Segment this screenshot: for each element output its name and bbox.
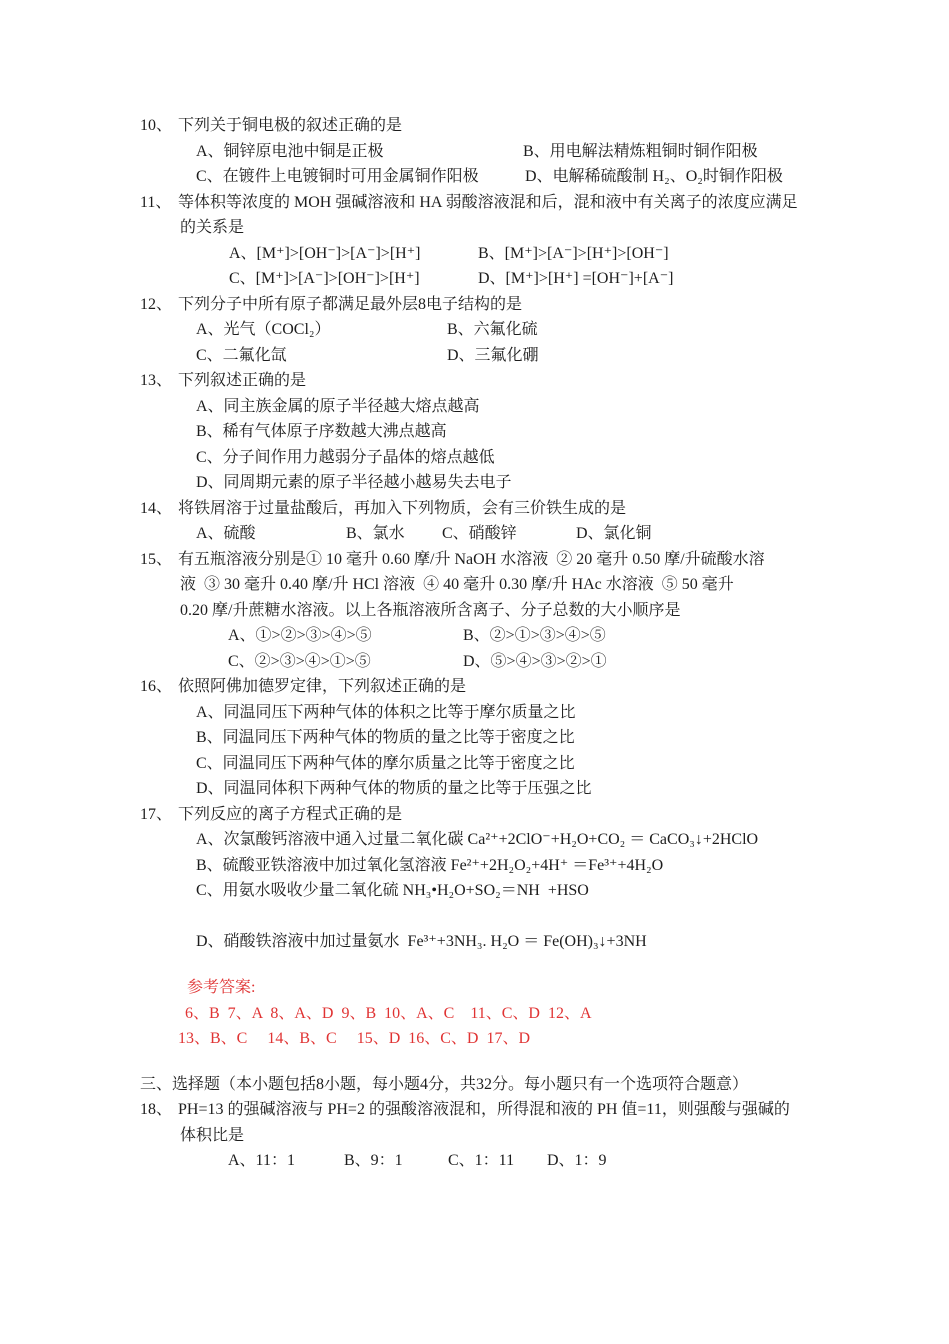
question-10: 10、下列关于铜电极的叙述正确的是 A、铜锌原电池中铜是正极 B、用电解法精炼粗…: [140, 113, 819, 190]
options-row: C、二氟化氙 D、三氟化硼: [140, 343, 819, 369]
question-stem-line: 11、等体积等浓度的 MOH 强碱溶液和 HA 弱酸溶液混和后，混和液中有关离子…: [140, 190, 819, 216]
answer-key-heading-line: 参考答案:: [140, 975, 819, 1001]
options-row: B、硫酸亚铁溶液中加过氧化氢溶液 Fe²⁺+2H₂O₂+4H⁺ ＝Fe³⁺+4H…: [140, 853, 819, 879]
option-b: B、9：1: [344, 1148, 403, 1174]
option-c: C、二氟化氙: [196, 343, 287, 369]
question-14: 14、将铁屑溶于过量盐酸后，再加入下列物质，会有三价铁生成的是 A、硫酸 B、氯…: [140, 496, 819, 547]
question-stem: 下列关于铜电极的叙述正确的是: [178, 117, 402, 134]
option-a: A、铜锌原电池中铜是正极: [196, 139, 384, 165]
options-row: A、同主族金属的原子半径越大熔点越高: [140, 394, 819, 420]
option-b: B、六氟化硫: [447, 317, 538, 343]
option-b: B、硫酸亚铁溶液中加过氧化氢溶液 Fe²⁺+2H₂O₂+4H⁺ ＝Fe³⁺+4H…: [196, 853, 663, 879]
question-stem-line: 13、下列叙述正确的是: [140, 368, 819, 394]
question-number: 10、: [140, 113, 178, 139]
options-row: A、次氯酸钙溶液中通入过量二氧化碳 Ca²⁺+2ClO⁻+H₂O+CO₂ ＝ C…: [140, 827, 819, 853]
options-row: C、用氨水吸收少量二氧化硫 NH₃•H₂O+SO₂＝NH +HSO: [140, 878, 819, 904]
option-d: D、电解稀硫酸制 H₂、O₂时铜作阳极: [525, 164, 783, 190]
option-a: A、11：1: [228, 1148, 295, 1174]
question-stem: 下列反应的离子方程式正确的是: [178, 806, 402, 823]
options-row: B、同温同压下两种气体的物质的量之比等于密度之比: [140, 725, 819, 751]
options-row: D、同周期元素的原子半径越小越易失去电子: [140, 470, 819, 496]
question-18: 18、PH=13 的强碱溶液与 PH=2 的强酸溶液混和，所得混和液的 PH 值…: [140, 1097, 819, 1174]
option-d: D、三氟化硼: [447, 343, 539, 369]
question-number: 15、: [140, 547, 178, 573]
answer-key-heading: 参考答案:: [187, 975, 255, 1001]
question-number: 14、: [140, 496, 178, 522]
options-row: A、同温同压下两种气体的体积之比等于摩尔质量之比: [140, 700, 819, 726]
option-c: C、[M⁺]>[A⁻]>[OH⁻]>[H⁺]: [229, 266, 420, 292]
option-a: A、同主族金属的原子半径越大熔点越高: [196, 394, 480, 420]
question-stem-line: 17、下列反应的离子方程式正确的是: [140, 802, 819, 828]
option-a: A、光气（COCl₂）: [196, 317, 330, 343]
options-row: D、同温同体积下两种气体的物质的量之比等于压强之比: [140, 776, 819, 802]
question-12: 12、下列分子中所有原子都满足最外层8电子结构的是 A、光气（COCl₂） B、…: [140, 292, 819, 369]
option-a: A、次氯酸钙溶液中通入过量二氧化碳 Ca²⁺+2ClO⁻+H₂O+CO₂ ＝ C…: [196, 827, 758, 853]
option-d: D、氯化铜: [576, 521, 652, 547]
vertical-gap: [140, 1052, 819, 1072]
option-d: D、1：9: [547, 1148, 607, 1174]
answer-key-line-2: 13、B、C 14、B、C 15、D 16、C、D 17、D: [140, 1026, 819, 1052]
vertical-gap: [140, 954, 819, 975]
question-stem-line: 12、下列分子中所有原子都满足最外层8电子结构的是: [140, 292, 819, 318]
option-b: B、用电解法精炼粗铜时铜作阳极: [523, 139, 758, 165]
option-a: A、[M⁺]>[OH⁻]>[A⁻]>[H⁺]: [229, 241, 420, 267]
question-stem: 体积比是: [180, 1127, 244, 1144]
option-d: D、同周期元素的原子半径越小越易失去电子: [196, 470, 512, 496]
option-b: B、②>①>③>④>⑤: [463, 623, 606, 649]
options-row: A、硫酸 B、氯水 C、硝酸锌 D、氯化铜: [140, 521, 819, 547]
options-row: A、铜锌原电池中铜是正极 B、用电解法精炼粗铜时铜作阳极: [140, 139, 819, 165]
vertical-gap: [140, 904, 819, 929]
option-c: C、分子间作用力越弱分子晶体的熔点越低: [196, 445, 495, 471]
option-c: C、②>③>④>①>⑤: [228, 649, 371, 675]
question-15: 15、有五瓶溶液分别是① 10 毫升 0.60 摩/升 NaOH 水溶液 ② 2…: [140, 547, 819, 675]
question-16: 16、依照阿佛加德罗定律，下列叙述正确的是 A、同温同压下两种气体的体积之比等于…: [140, 674, 819, 802]
answer-key: 参考答案: 6、B 7、A 8、A、D 9、B 10、A、C 11、C、D 12…: [140, 975, 819, 1052]
option-b: B、氯水: [346, 521, 405, 547]
question-stem-line: 15、有五瓶溶液分别是① 10 毫升 0.60 摩/升 NaOH 水溶液 ② 2…: [140, 547, 819, 573]
question-stem: 的关系是: [180, 219, 244, 236]
section-heading: 三、选择题（本小题包括8小题，每小题4分，共32分。每小题只有一个选项符合题意）: [140, 1076, 748, 1093]
option-a: A、同温同压下两种气体的体积之比等于摩尔质量之比: [196, 700, 576, 726]
option-c: C、在镀件上电镀铜时可用金属铜作阳极: [196, 164, 479, 190]
question-stem: 将铁屑溶于过量盐酸后，再加入下列物质，会有三价铁生成的是: [178, 500, 626, 517]
option-a: A、硫酸: [196, 521, 256, 547]
option-d: D、[M⁺]>[H⁺] =[OH⁻]+[A⁻]: [478, 266, 673, 292]
option-c: C、1：11: [448, 1148, 514, 1174]
options-row: C、分子间作用力越弱分子晶体的熔点越低: [140, 445, 819, 471]
options-row: C、在镀件上电镀铜时可用金属铜作阳极 D、电解稀硫酸制 H₂、O₂时铜作阳极: [140, 164, 819, 190]
question-stem-continuation: 的关系是: [140, 215, 819, 241]
question-stem-continuation: 液 ③ 30 毫升 0.40 摩/升 HCl 溶液 ④ 40 毫升 0.30 摩…: [140, 572, 819, 598]
question-11: 11、等体积等浓度的 MOH 强碱溶液和 HA 弱酸溶液混和后，混和液中有关离子…: [140, 190, 819, 292]
option-d: D、同温同体积下两种气体的物质的量之比等于压强之比: [196, 776, 592, 802]
answer-key-values: 13、B、C 14、B、C 15、D 16、C、D 17、D: [178, 1026, 530, 1052]
options-row: A、11：1 B、9：1 C、1：11 D、1：9: [140, 1148, 819, 1174]
question-number: 13、: [140, 368, 178, 394]
question-13: 13、下列叙述正确的是 A、同主族金属的原子半径越大熔点越高 B、稀有气体原子序…: [140, 368, 819, 496]
question-17: 17、下列反应的离子方程式正确的是 A、次氯酸钙溶液中通入过量二氧化碳 Ca²⁺…: [140, 802, 819, 955]
option-c: C、硝酸锌: [442, 521, 517, 547]
question-number: 17、: [140, 802, 178, 828]
option-c: C、同温同压下两种气体的摩尔质量之比等于密度之比: [196, 751, 575, 777]
question-stem: 有五瓶溶液分别是① 10 毫升 0.60 摩/升 NaOH 水溶液 ② 20 毫…: [178, 551, 765, 568]
exam-page: 10、下列关于铜电极的叙述正确的是 A、铜锌原电池中铜是正极 B、用电解法精炼粗…: [0, 0, 949, 1174]
question-number: 16、: [140, 674, 178, 700]
option-d: D、硝酸铁溶液中加过量氨水 Fe³⁺+3NH₃. H₂O ＝ Fe(OH)₃↓+…: [196, 929, 647, 955]
option-a: A、①>②>③>④>⑤: [228, 623, 372, 649]
answer-key-line-1: 6、B 7、A 8、A、D 9、B 10、A、C 11、C、D 12、A: [140, 1001, 819, 1027]
options-row: C、②>③>④>①>⑤ D、⑤>④>③>②>①: [140, 649, 819, 675]
question-stem-continuation: 0.20 摩/升蔗糖水溶液。以上各瓶溶液所含离子、分子总数的大小顺序是: [140, 598, 819, 624]
options-row: C、[M⁺]>[A⁻]>[OH⁻]>[H⁺] D、[M⁺]>[H⁺] =[OH⁻…: [140, 266, 819, 292]
option-b: B、同温同压下两种气体的物质的量之比等于密度之比: [196, 725, 575, 751]
options-row: A、[M⁺]>[OH⁻]>[A⁻]>[H⁺] B、[M⁺]>[A⁻]>[H⁺]>…: [140, 241, 819, 267]
options-row: C、同温同压下两种气体的摩尔质量之比等于密度之比: [140, 751, 819, 777]
question-number: 12、: [140, 292, 178, 318]
question-stem-line: 16、依照阿佛加德罗定律，下列叙述正确的是: [140, 674, 819, 700]
question-stem-line: 14、将铁屑溶于过量盐酸后，再加入下列物质，会有三价铁生成的是: [140, 496, 819, 522]
question-stem: 下列叙述正确的是: [178, 372, 306, 389]
question-stem: 下列分子中所有原子都满足最外层8电子结构的是: [178, 296, 522, 313]
question-number: 11、: [140, 190, 178, 216]
option-c: C、用氨水吸收少量二氧化硫 NH₃•H₂O+SO₂＝NH +HSO: [196, 878, 589, 904]
options-row: A、光气（COCl₂） B、六氟化硫: [140, 317, 819, 343]
options-row: A、①>②>③>④>⑤ B、②>①>③>④>⑤: [140, 623, 819, 649]
question-stem-continuation: 体积比是: [140, 1123, 819, 1149]
option-b: B、[M⁺]>[A⁻]>[H⁺]>[OH⁻]: [478, 241, 669, 267]
section-heading-line: 三、选择题（本小题包括8小题，每小题4分，共32分。每小题只有一个选项符合题意）: [140, 1072, 819, 1098]
question-stem: 液 ③ 30 毫升 0.40 摩/升 HCl 溶液 ④ 40 毫升 0.30 摩…: [180, 576, 734, 593]
options-row: B、稀有气体原子序数越大沸点越高: [140, 419, 819, 445]
question-stem: PH=13 的强碱溶液与 PH=2 的强酸溶液混和，所得混和液的 PH 值=11…: [178, 1101, 790, 1118]
options-row: D、硝酸铁溶液中加过量氨水 Fe³⁺+3NH₃. H₂O ＝ Fe(OH)₃↓+…: [140, 929, 819, 955]
option-b: B、稀有气体原子序数越大沸点越高: [196, 419, 447, 445]
question-stem: 等体积等浓度的 MOH 强碱溶液和 HA 弱酸溶液混和后，混和液中有关离子的浓度…: [178, 194, 798, 211]
answer-key-values: 6、B 7、A 8、A、D 9、B 10、A、C 11、C、D 12、A: [185, 1001, 592, 1027]
question-stem-line: 18、PH=13 的强碱溶液与 PH=2 的强酸溶液混和，所得混和液的 PH 值…: [140, 1097, 819, 1123]
question-stem: 0.20 摩/升蔗糖水溶液。以上各瓶溶液所含离子、分子总数的大小顺序是: [180, 602, 680, 619]
option-d: D、⑤>④>③>②>①: [463, 649, 607, 675]
question-stem-line: 10、下列关于铜电极的叙述正确的是: [140, 113, 819, 139]
question-number: 18、: [140, 1097, 178, 1123]
question-stem: 依照阿佛加德罗定律，下列叙述正确的是: [178, 678, 466, 695]
